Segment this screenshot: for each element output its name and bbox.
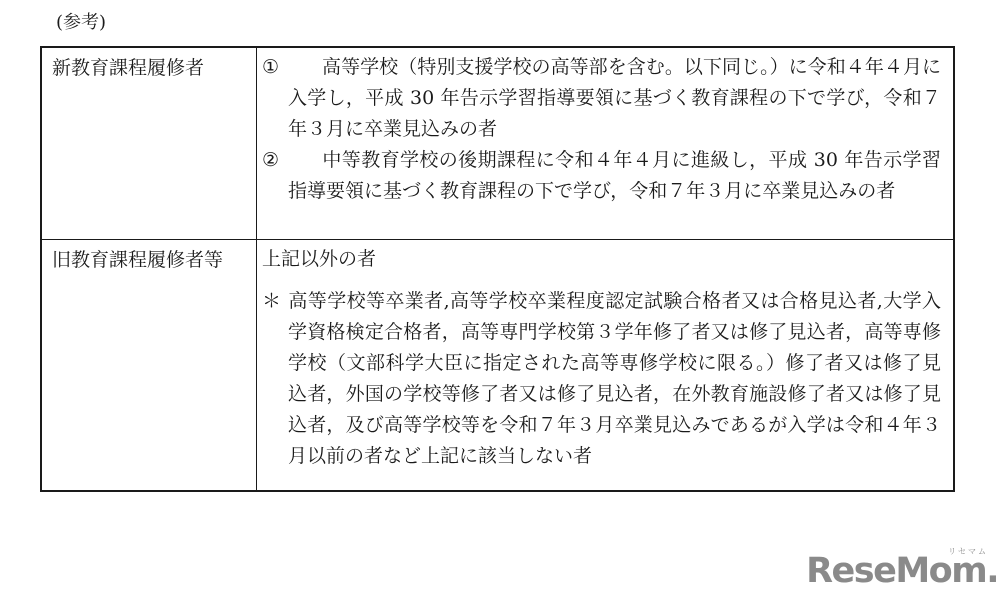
list-item-text: 高等学校（特別支援学校の高等部を含む。以下同じ。）に令和４年４月に入学し，平成 … — [288, 56, 941, 140]
reference-note-label: (参考) — [56, 10, 106, 36]
cell-lead-text: 上記以外の者 — [262, 244, 941, 275]
list-item: ①高等学校（特別支援学校の高等部を含む。以下同じ。）に令和４年４月に入学し，平成… — [262, 52, 941, 145]
asterisk-marker: ＊ — [262, 286, 288, 317]
table-cell-new-curriculum-details: ①高等学校（特別支援学校の高等部を含む。以下同じ。）に令和４年４月に入学し，平成… — [257, 48, 953, 240]
table-row-header-new-curriculum: 新教育課程履修者 — [42, 48, 257, 240]
list-item-marker: ① — [262, 52, 322, 83]
table-row-header-old-curriculum: 旧教育課程履修者等 — [42, 240, 257, 490]
list-item-text: 高等学校等卒業者,高等学校卒業程度認定試験合格者又は合格見込者,大学入学資格検定… — [288, 290, 941, 467]
list-item-marker: ② — [262, 145, 322, 176]
resemom-logo: ReseMom. — [806, 551, 998, 591]
curriculum-table: 新教育課程履修者 ①高等学校（特別支援学校の高等部を含む。以下同じ。）に令和４年… — [40, 46, 955, 492]
row-header-label: 新教育課程履修者 — [52, 57, 204, 79]
row-header-label: 旧教育課程履修者等 — [52, 249, 223, 271]
list-item: ＊高等学校等卒業者,高等学校卒業程度認定試験合格者又は合格見込者,大学入学資格検… — [262, 286, 941, 472]
list-item-text: 中等教育学校の後期課程に令和４年４月に進級し，平成 30 年告示学習指導要領に基… — [288, 149, 941, 202]
table-cell-old-curriculum-details: 上記以外の者 ＊高等学校等卒業者,高等学校卒業程度認定試験合格者又は合格見込者,… — [257, 240, 953, 490]
resemom-watermark: リセマム ReseMom. — [806, 546, 998, 590]
list-item: ②中等教育学校の後期課程に令和４年４月に進級し，平成 30 年告示学習指導要領に… — [262, 145, 941, 207]
